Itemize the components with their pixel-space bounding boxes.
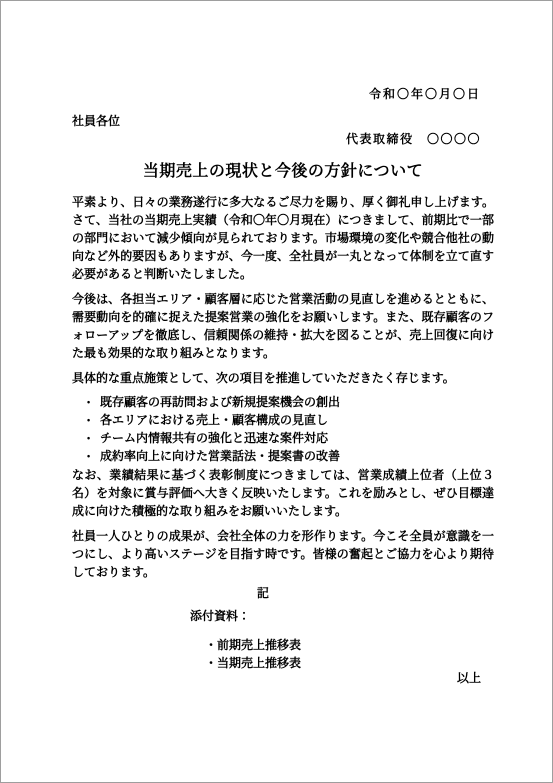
sender-line: 代表取締役 〇〇〇〇: [72, 133, 494, 146]
attachments-label: 添付資料：: [190, 610, 494, 623]
paragraph-closing-message: 社員一人ひとりの成果が、会社全体の力を形作ります。今こそ全員が意識を一つにし、よ…: [72, 527, 494, 581]
paragraph-greeting-and-status: 平素より、日々の業務遂行に多大なるご尽力を賜り、厚く御礼申し上げます。さて、当社…: [72, 193, 494, 283]
action-item-text: 各エリアにおける売上・顧客構成の見直し: [100, 413, 328, 427]
list-item: ・当期売上推移表: [205, 654, 494, 672]
document-date: 令和〇年〇月〇日: [72, 88, 494, 101]
attachment-item-text: 当期売上推移表: [217, 656, 301, 670]
action-item-text: 成約率向上に向けた営業話法・提案書の改善: [100, 449, 340, 463]
paragraph-measures-intro: 具体的な重点施策として、次の項目を推進していただきたく存じます。: [72, 369, 494, 387]
paragraph-future-policy: 今後は、各担当エリア・顧客層に応じた営業活動の見直しを進めるとともに、需要動向を…: [72, 290, 494, 362]
paragraph-award-system: なお、業績結果に基づく表彰制度につきましては、営業成績上位者（上位３名）を対象に…: [72, 466, 494, 520]
list-item: •各エリアにおける売上・顧客構成の見直し: [87, 411, 494, 429]
list-item: ・前期売上推移表: [205, 636, 494, 654]
recipient-line: 社員各位: [72, 115, 494, 128]
bullet-icon: ・: [205, 656, 217, 670]
bullet-icon: •: [87, 429, 100, 447]
action-item-text: 既存顧客の再訪問および新規提案機会の創出: [100, 395, 340, 409]
bullet-icon: •: [87, 447, 100, 465]
document-page: 令和〇年〇月〇日 社員各位 代表取締役 〇〇〇〇 当期売上の現状と今後の方針につ…: [0, 0, 553, 783]
list-item: •チーム内情報共有の強化と迅速な案件対応: [87, 429, 494, 447]
attachment-item-text: 前期売上推移表: [217, 638, 301, 652]
action-item-list: •既存顧客の再訪問および新規提案機会の創出 •各エリアにおける売上・顧客構成の見…: [72, 393, 494, 465]
bullet-icon: •: [87, 393, 100, 411]
attachment-list: ・前期売上推移表 ・当期売上推移表: [72, 636, 494, 672]
action-item-text: チーム内情報共有の強化と迅速な案件対応: [100, 431, 328, 445]
document-title: 当期売上の現状と今後の方針について: [72, 163, 494, 180]
closing-marker: 以上: [72, 672, 494, 685]
list-item: •既存顧客の再訪問および新規提案機会の創出: [87, 393, 494, 411]
bullet-icon: •: [87, 411, 100, 429]
bullet-icon: ・: [205, 638, 217, 652]
ki-marker: 記: [72, 587, 494, 600]
list-item: •成約率向上に向けた営業話法・提案書の改善: [87, 447, 494, 465]
